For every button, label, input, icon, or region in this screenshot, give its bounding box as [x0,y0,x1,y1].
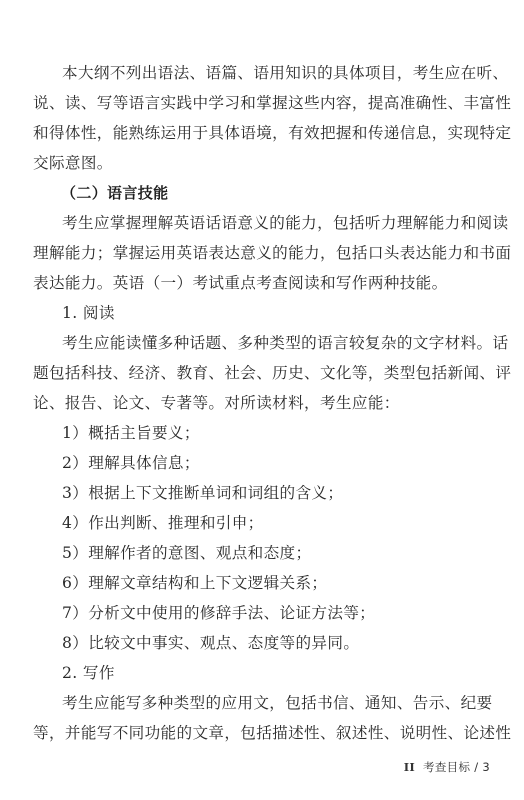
subheading-reading: 1. 阅读 [33,298,465,328]
reading-list-item: 4）作出判断、推理和引申； [33,508,465,538]
paragraph-writing-line-2: 等，并能写不同功能的文章，包括描述性、叙述性、说明性、论述性 [33,718,465,748]
reading-list-item: 8）比较文中事实、观点、态度等的异同。 [33,628,465,658]
subheading-writing: 2. 写作 [33,658,465,688]
chapter-number: II [404,760,415,774]
reading-list-item: 2）理解具体信息； [33,448,465,478]
page-number: 3 [482,760,490,774]
reading-list-item: 5）理解作者的意图、观点和态度； [33,538,465,568]
paragraph-skills-line-3: 表达能力。英语（一）考试重点考查阅读和写作两种技能。 [33,268,465,298]
reading-list-item: 6）理解文章结构和上下文逻辑关系； [33,568,465,598]
paragraph-reading-line-3: 论、报告、论文、专著等。对所读材料，考生应能： [33,388,465,418]
reading-list-item: 1）概括主旨要义； [33,418,465,448]
paragraph-skills-line-1: 考生应掌握理解英语话语意义的能力，包括听力理解能力和阅读 [33,208,465,238]
footer-separator: / [474,760,478,774]
section-heading-language-skills: （二）语言技能 [33,178,465,208]
reading-list-item: 7）分析文中使用的修辞手法、论证方法等； [33,598,465,628]
paragraph-intro-line-1: 本大纲不列出语法、语篇、语用知识的具体项目，考生应在听、 [33,58,465,88]
paragraph-intro-line-3: 和得体性，能熟练运用于具体语境，有效把握和传递信息，实现特定 [33,118,465,148]
paragraph-writing-line-1: 考生应能写多种类型的应用文，包括书信、通知、告示、纪要 [33,688,465,718]
chapter-title: 考查目标 [423,760,470,774]
reading-list-item: 3）根据上下文推断单词和词组的含义； [33,478,465,508]
paragraph-intro-line-4: 交际意图。 [33,148,465,178]
page-body: 本大纲不列出语法、语篇、语用知识的具体项目，考生应在听、 说、读、写等语言实践中… [33,58,465,748]
paragraph-reading-line-2: 题包括科技、经济、教育、社会、历史、文化等，类型包括新闻、评 [33,358,465,388]
paragraph-reading-line-1: 考生应能读懂多种话题、多种类型的语言较复杂的文字材料。话 [33,328,465,358]
paragraph-skills-line-2: 理解能力；掌握运用英语表达意义的能力，包括口头表达能力和书面 [33,238,465,268]
paragraph-intro-line-2: 说、读、写等语言实践中学习和掌握这些内容，提高准确性、丰富性 [33,88,465,118]
page-footer: II考查目标 / 3 [404,759,490,775]
